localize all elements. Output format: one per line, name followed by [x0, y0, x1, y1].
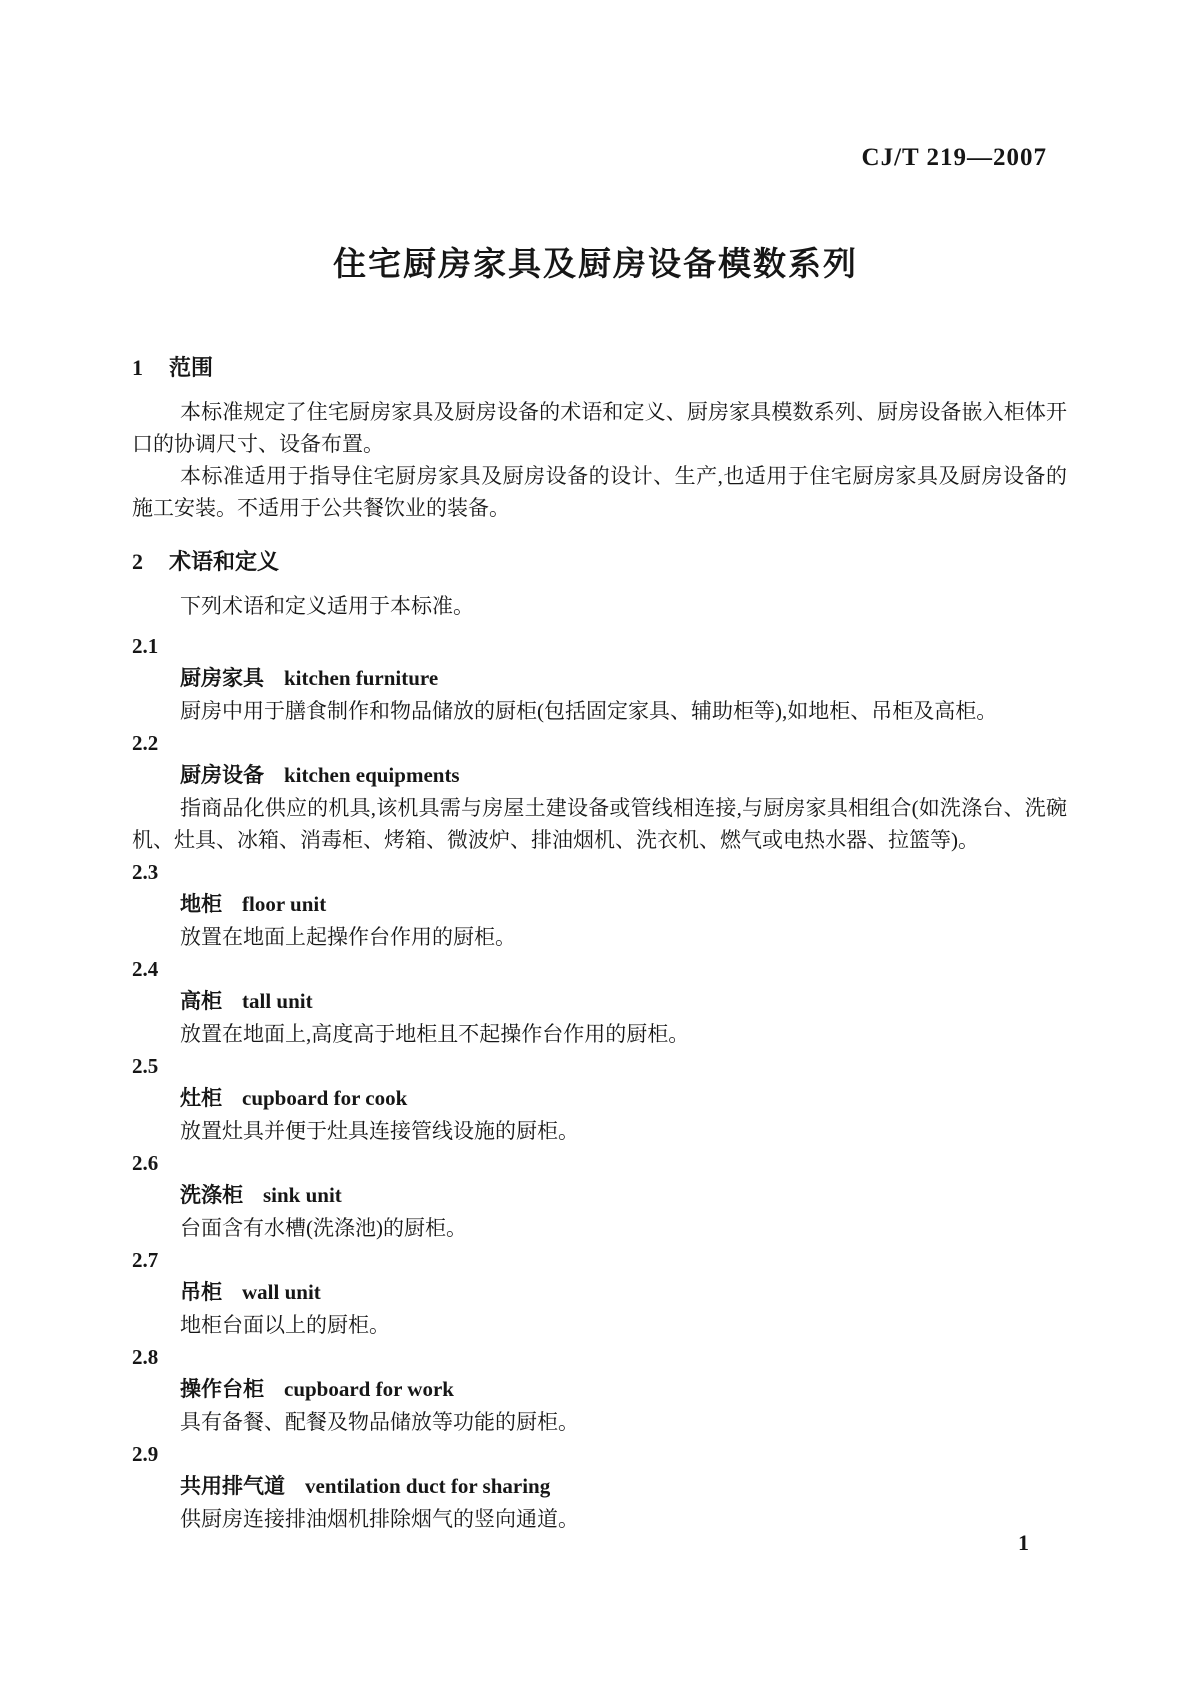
term-name: 厨房设备kitchen equipments: [132, 759, 1067, 792]
document-title: 住宅厨房家具及厨房设备模数系列: [0, 238, 1191, 285]
term-name: 地柜floor unit: [132, 888, 1067, 921]
term-definition: 具有备餐、配餐及物品储放等功能的厨柜。: [132, 1406, 1067, 1438]
term-name: 洗涤柜sink unit: [132, 1179, 1067, 1212]
term-number: 2.8: [132, 1341, 1067, 1373]
term-name-zh: 灶柜: [180, 1087, 222, 1110]
term-definition: 放置灶具并便于灶具连接管线设施的厨柜。: [132, 1115, 1067, 1147]
term-name: 吊柜wall unit: [132, 1276, 1067, 1309]
term-name-en: cupboard for work: [284, 1377, 454, 1401]
term-definition: 供厨房连接排油烟机排除烟气的竖向通道。: [132, 1503, 1067, 1535]
terms-list: 2.1 厨房家具kitchen furniture 厨房中用于膳食制作和物品储放…: [132, 630, 1067, 1535]
term-definition: 放置在地面上,高度高于地柜且不起操作台作用的厨柜。: [132, 1018, 1067, 1050]
term-name-zh: 地柜: [180, 893, 222, 916]
term-number: 2.6: [132, 1147, 1067, 1179]
term-entry: 2.3 地柜floor unit 放置在地面上起操作台作用的厨柜。: [132, 856, 1067, 953]
term-name-zh: 高柜: [180, 990, 222, 1013]
section-title: 范围: [169, 355, 213, 380]
term-entry: 2.6 洗涤柜sink unit 台面含有水槽(洗涤池)的厨柜。: [132, 1147, 1067, 1244]
term-name-zh: 洗涤柜: [180, 1184, 243, 1207]
term-number: 2.9: [132, 1438, 1067, 1470]
term-name-en: tall unit: [242, 989, 313, 1013]
term-name-en: ventilation duct for sharing: [305, 1474, 550, 1498]
document-page: CJ/T 219—2007 住宅厨房家具及厨房设备模数系列 1范围 本标准规定了…: [0, 0, 1191, 1684]
document-body: 1范围 本标准规定了住宅厨房家具及厨房设备的术语和定义、厨房家具模数系列、厨房设…: [132, 352, 1067, 1535]
term-number: 2.4: [132, 953, 1067, 985]
term-name: 高柜tall unit: [132, 985, 1067, 1018]
paragraph: 本标准适用于指导住宅厨房家具及厨房设备的设计、生产,也适用于住宅厨房家具及厨房设…: [132, 460, 1067, 524]
term-definition: 指商品化供应的机具,该机具需与房屋土建设备或管线相连接,与厨房家具相组合(如洗涤…: [132, 792, 1067, 856]
term-definition: 台面含有水槽(洗涤池)的厨柜。: [132, 1212, 1067, 1244]
term-number: 2.7: [132, 1244, 1067, 1276]
term-entry: 2.1 厨房家具kitchen furniture 厨房中用于膳食制作和物品储放…: [132, 630, 1067, 727]
term-name-zh: 厨房设备: [180, 764, 264, 787]
term-entry: 2.5 灶柜cupboard for cook 放置灶具并便于灶具连接管线设施的…: [132, 1050, 1067, 1147]
section-number: 2: [132, 549, 143, 574]
term-number: 2.2: [132, 727, 1067, 759]
term-name-en: floor unit: [242, 892, 326, 916]
term-entry: 2.8 操作台柜cupboard for work 具有备餐、配餐及物品储放等功…: [132, 1341, 1067, 1438]
term-definition: 厨房中用于膳食制作和物品储放的厨柜(包括固定家具、辅助柜等),如地柜、吊柜及高柜…: [132, 695, 1067, 727]
term-name: 灶柜cupboard for cook: [132, 1082, 1067, 1115]
term-name: 共用排气道ventilation duct for sharing: [132, 1470, 1067, 1503]
term-name-zh: 共用排气道: [180, 1475, 285, 1498]
term-number: 2.3: [132, 856, 1067, 888]
term-number: 2.1: [132, 630, 1067, 662]
section-heading-scope: 1范围: [132, 352, 1067, 384]
term-name: 厨房家具kitchen furniture: [132, 662, 1067, 695]
term-entry: 2.4 高柜tall unit 放置在地面上,高度高于地柜且不起操作台作用的厨柜…: [132, 953, 1067, 1050]
page-number: 1: [1018, 1530, 1029, 1556]
terms-intro: 下列术语和定义适用于本标准。: [132, 590, 1067, 622]
term-name-en: wall unit: [242, 1280, 321, 1304]
section-number: 1: [132, 355, 143, 380]
section-title: 术语和定义: [169, 549, 279, 574]
term-number: 2.5: [132, 1050, 1067, 1082]
term-name-en: kitchen equipments: [284, 763, 460, 787]
standard-code: CJ/T 219—2007: [862, 144, 1047, 172]
section-heading-terms: 2术语和定义: [132, 546, 1067, 578]
term-entry: 2.7 吊柜wall unit 地柜台面以上的厨柜。: [132, 1244, 1067, 1341]
term-definition: 放置在地面上起操作台作用的厨柜。: [132, 921, 1067, 953]
term-name-zh: 厨房家具: [180, 667, 264, 690]
term-entry: 2.2 厨房设备kitchen equipments 指商品化供应的机具,该机具…: [132, 727, 1067, 856]
term-entry: 2.9 共用排气道ventilation duct for sharing 供厨…: [132, 1438, 1067, 1535]
term-name-zh: 操作台柜: [180, 1378, 264, 1401]
term-name: 操作台柜cupboard for work: [132, 1373, 1067, 1406]
paragraph: 本标准规定了住宅厨房家具及厨房设备的术语和定义、厨房家具模数系列、厨房设备嵌入柜…: [132, 396, 1067, 460]
term-name-en: sink unit: [263, 1183, 342, 1207]
term-name-en: kitchen furniture: [284, 666, 438, 690]
term-definition: 地柜台面以上的厨柜。: [132, 1309, 1067, 1341]
term-name-zh: 吊柜: [180, 1281, 222, 1304]
term-name-en: cupboard for cook: [242, 1086, 407, 1110]
